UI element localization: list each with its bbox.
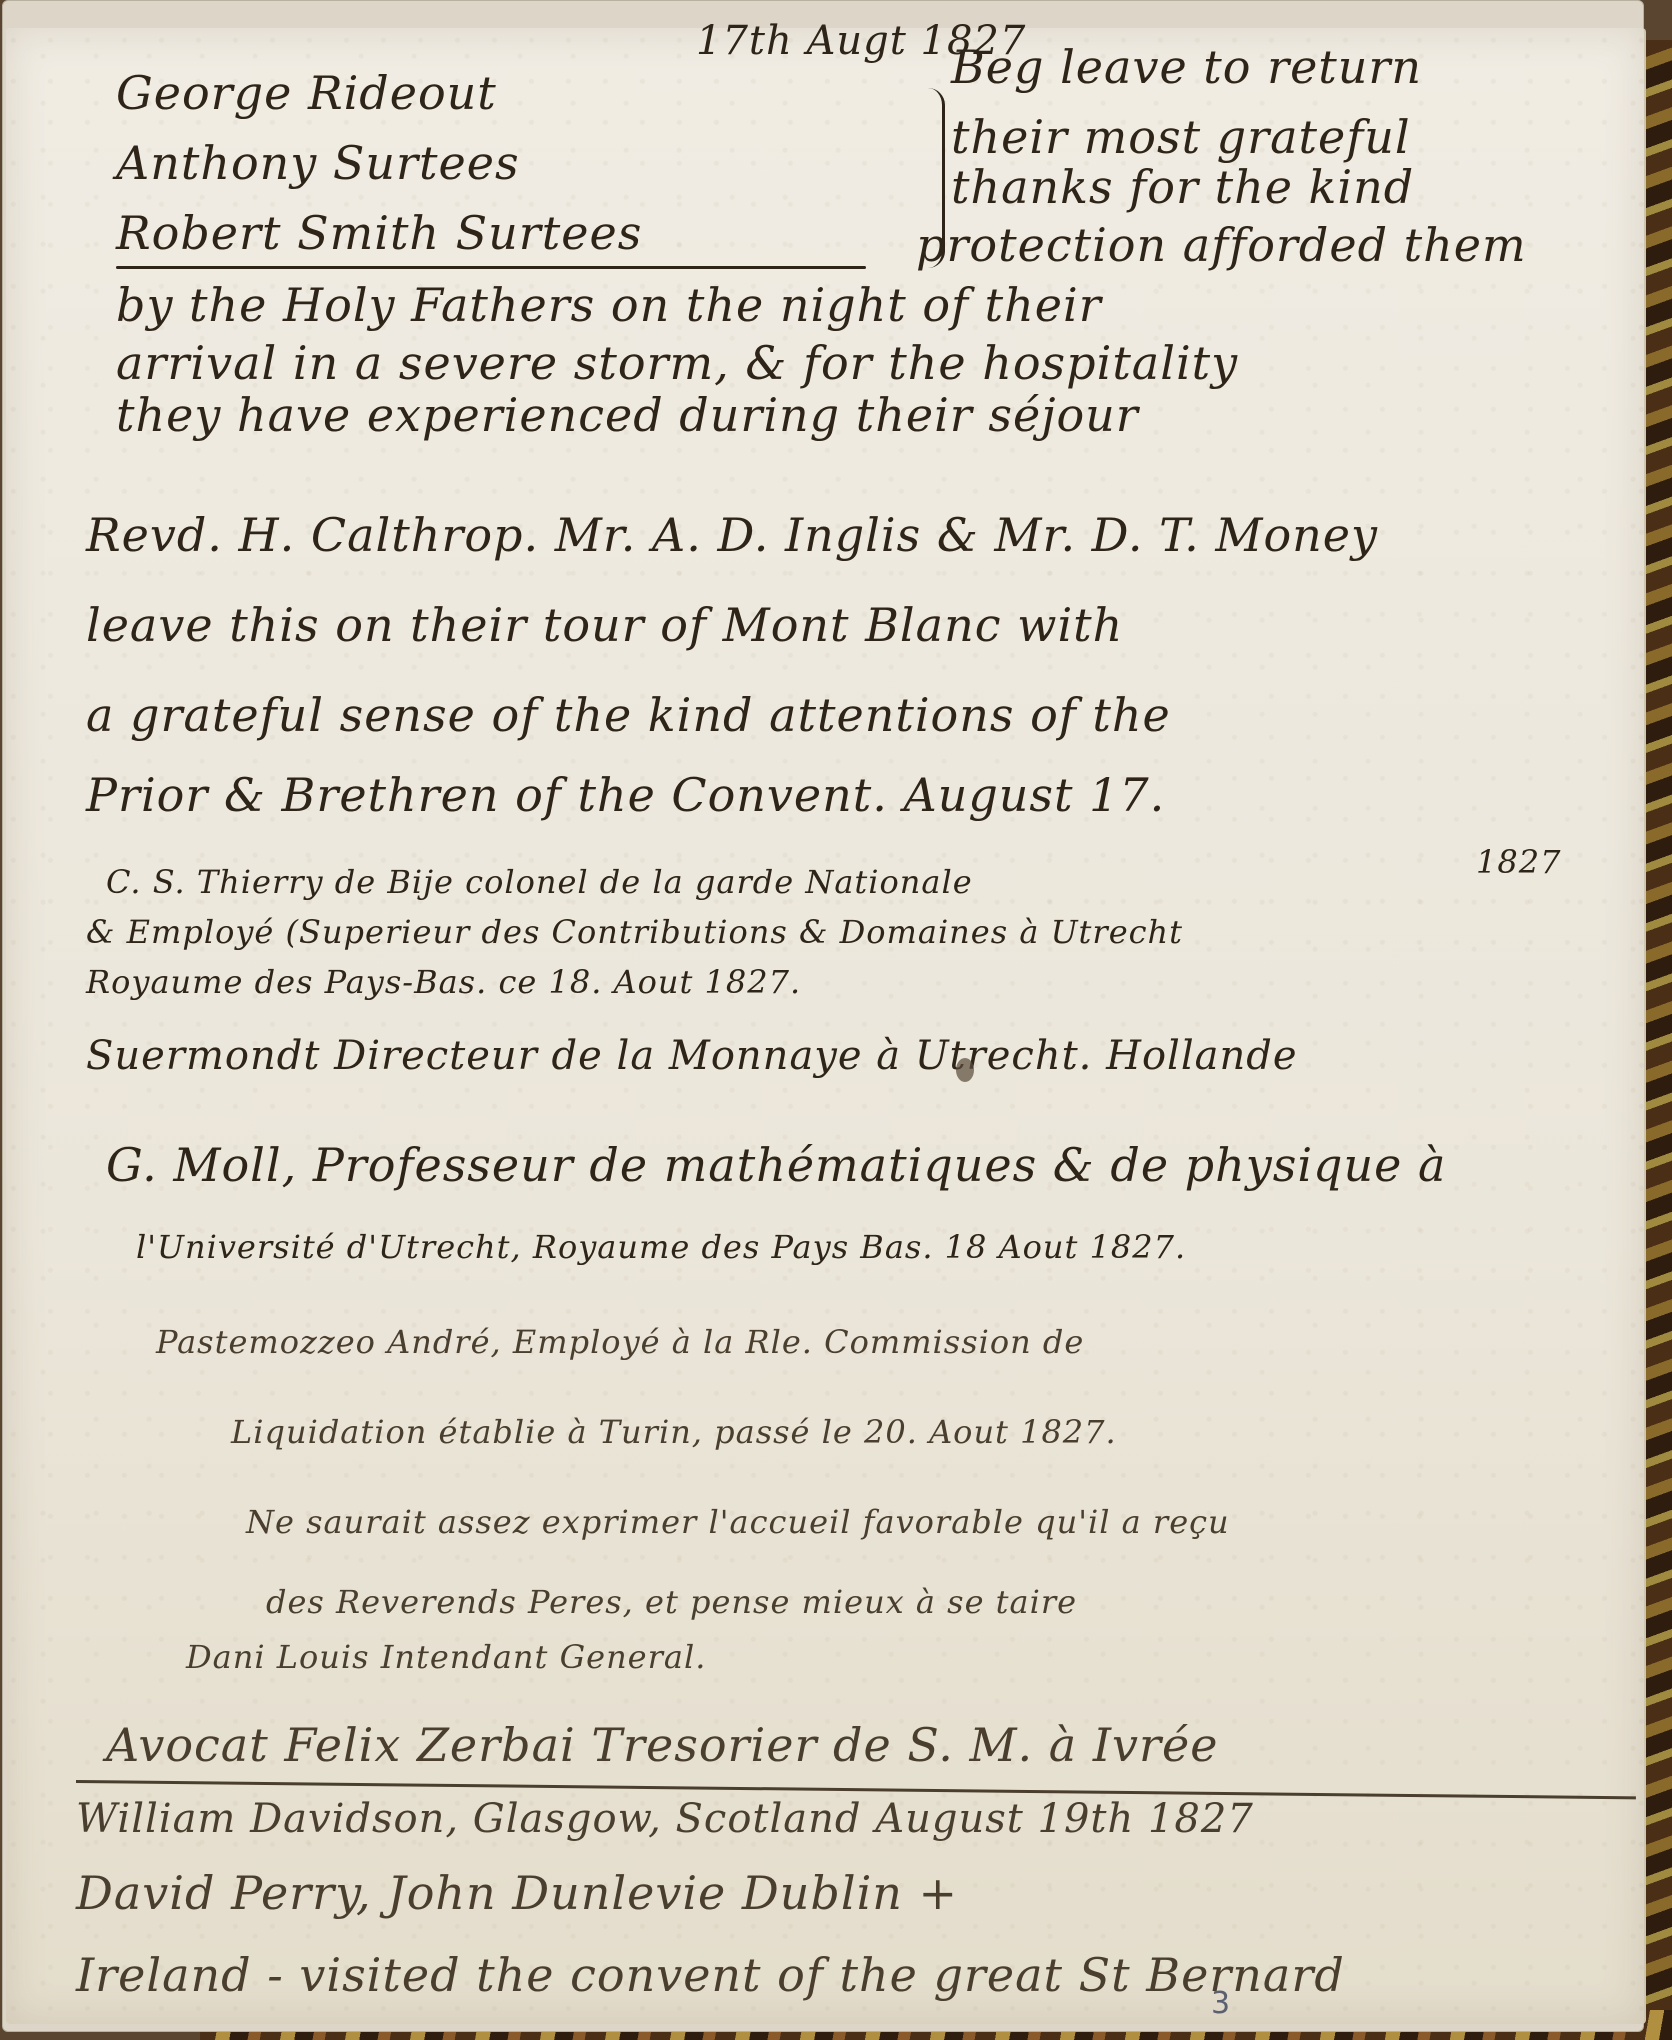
- signatory-name: George Rideout: [116, 66, 497, 120]
- entry-text-line: Liquidation établie à Turin, passé le 20…: [231, 1413, 1117, 1451]
- signatory-name: Anthony Surtees: [116, 136, 520, 190]
- entry-year: 1827: [1476, 843, 1561, 881]
- entry-text-line: a grateful sense of the kind attentions …: [86, 688, 1171, 742]
- entry-text-line: leave this on their tour of Mont Blanc w…: [86, 598, 1123, 652]
- name-underline: [116, 266, 866, 269]
- entry-text-line: arrival in a severe storm, & for the hos…: [116, 336, 1238, 390]
- entry-text-line: l'Université d'Utrecht, Royaume des Pays…: [136, 1228, 1186, 1266]
- entry-text-line: Royaume des Pays-Bas. ce 18. Aout 1827.: [86, 963, 801, 1001]
- entry-text-line: Revd. H. Calthrop. Mr. A. D. Inglis & Mr…: [86, 508, 1378, 562]
- entry-text-line: Suermondt Directeur de la Monnaye à Utre…: [86, 1033, 1298, 1079]
- entry-text-line: G. Moll, Professeur de mathématiques & d…: [106, 1138, 1446, 1192]
- entry-text-line: William Davidson, Glasgow, Scotland Augu…: [76, 1796, 1254, 1842]
- ink-blot: [956, 1058, 974, 1082]
- entry-text-line: Beg leave to return: [951, 40, 1422, 94]
- signatory-name: Robert Smith Surtees: [116, 206, 642, 260]
- entry-text-line: their most grateful: [951, 110, 1411, 164]
- entry-text-line: Dani Louis Intendant General.: [186, 1638, 706, 1676]
- entry-text-line: & Employé (Superieur des Contributions &…: [86, 913, 1183, 951]
- entry-text-line: Ne saurait assez exprimer l'accueil favo…: [246, 1503, 1230, 1541]
- entry-text-line: they have experienced during their séjou…: [116, 388, 1139, 442]
- entry-text-line: C. S. Thierry de Bije colonel de la gard…: [106, 863, 973, 901]
- entry-text-line: by the Holy Fathers on the night of thei…: [116, 278, 1102, 332]
- entry-text-line: Ireland - visited the convent of the gre…: [76, 1948, 1345, 2002]
- manuscript-page: 17th Augt 1827 George Rideout Anthony Su…: [6, 28, 1646, 2024]
- entry-text-line: protection afforded them: [916, 218, 1527, 272]
- entry-text-line: Pastemozzeo André, Employé à la Rle. Com…: [156, 1323, 1084, 1361]
- entry-text-line: Avocat Felix Zerbai Tresorier de S. M. à…: [106, 1718, 1218, 1772]
- entry-text-line: David Perry, John Dunlevie Dublin +: [76, 1866, 958, 1920]
- entry-text-line: Prior & Brethren of the Convent. August …: [86, 768, 1165, 822]
- entry-text-line: des Reverends Peres, et pense mieux à se…: [266, 1583, 1077, 1621]
- entry-text-line: thanks for the kind: [951, 160, 1414, 214]
- page-number: 3: [1211, 1986, 1230, 2021]
